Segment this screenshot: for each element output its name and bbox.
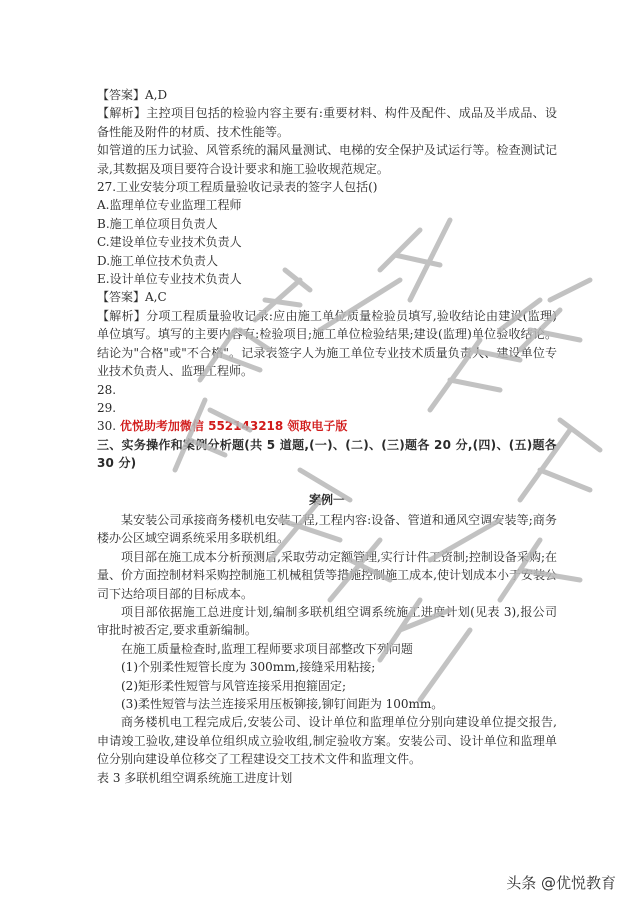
q26-analysis: 【解析】主控项目包括的检验内容主要有:重要材料、构件及配件、成品及半成品、设备性… (97, 104, 557, 141)
q30-line: 30. 优悦助考加微信 552143218 领取电子版 (97, 417, 557, 435)
q28-number: 28. (97, 381, 557, 399)
case1-item-1: (1)个别柔性短管长度为 300mm,接缝采用粘接; (97, 658, 557, 676)
case1-title: 案例一 (97, 491, 557, 509)
q29-number: 29. (97, 399, 557, 417)
case1-paragraph-1: 某安装公司承接商务楼机电安装工程,工程内容:设备、管道和通风空调安装等;商务楼办… (97, 511, 557, 548)
table3-caption: 表 3 多联机组空调系统施工进度计划 (97, 769, 557, 787)
case1-paragraph-4: 在施工质量检查时,监理工程师要求项目部整改下列问题 (97, 640, 557, 658)
source-attribution: 头条 @优悦教育 (506, 872, 616, 893)
q27-answer: 【答案】A,C (97, 288, 557, 306)
q27-question: 27.工业安装分项工程质量验收记录表的签字人包括() (97, 178, 557, 196)
q27-analysis: 【解析】分项工程质量验收记录:应由施工单位质量检验员填写,验收结论由建设(监理)… (97, 307, 557, 381)
q30-number: 30. (97, 419, 116, 433)
q26-analysis-cont: 如管道的压力试验、风管系统的漏风量测试、电梯的安全保护及试运行等。检查测试记录,… (97, 141, 557, 178)
q27-option-a: A.监理单位专业监理工程师 (97, 196, 557, 214)
q27-option-b: B.施工单位项目负责人 (97, 215, 557, 233)
case1-item-3: (3)柔性短管与法兰连接采用压板铆接,铆钉间距为 100mm。 (97, 695, 557, 713)
case1-item-2: (2)矩形柔性短管与风管连接采用抱箍固定; (97, 677, 557, 695)
q27-option-c: C.建设单位专业技术负责人 (97, 233, 557, 251)
section3-heading: 三、实务操作和案例分析题(共 5 道题,(一)、(二)、(三)题各 20 分,(… (97, 436, 557, 473)
case1-paragraph-3: 项目部依据施工总进度计划,编制多联机组空调系统施工进度计划(见表 3),报公司审… (97, 603, 557, 640)
case1-paragraph-2: 项目部在施工成本分析预测后,采取劳动定额管理,实行计件工资制;控制设备采购;在量… (97, 548, 557, 603)
q27-option-d: D.施工单位技术负责人 (97, 252, 557, 270)
q26-answer: 【答案】A,D (97, 86, 557, 104)
case1-paragraph-5: 商务楼机电工程完成后,安装公司、设计单位和监理单位分别向建设单位提交报告,申请竣… (97, 713, 557, 768)
document-page: 【答案】A,D 【解析】主控项目包括的检验内容主要有:重要材料、构件及配件、成品… (0, 0, 640, 905)
promo-text: 优悦助考加微信 552143218 领取电子版 (120, 419, 348, 433)
page-content: 【答案】A,D 【解析】主控项目包括的检验内容主要有:重要材料、构件及配件、成品… (97, 86, 557, 787)
q27-option-e: E.设计单位专业技术负责人 (97, 270, 557, 288)
